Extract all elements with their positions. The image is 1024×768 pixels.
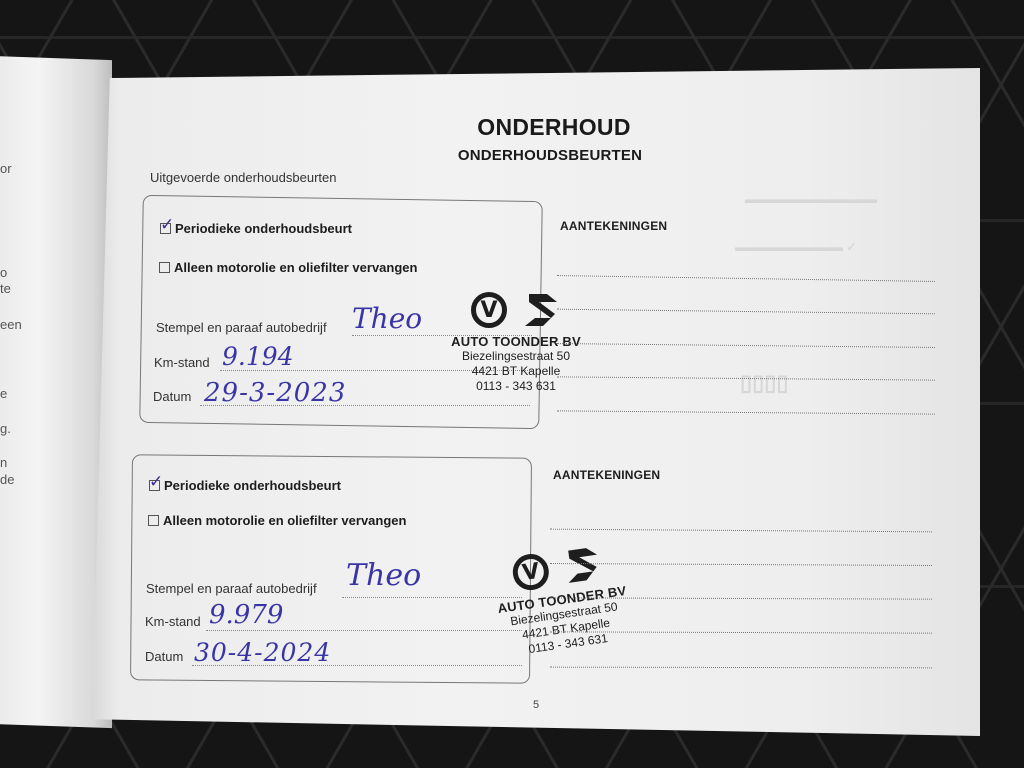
left-page-text: g. <box>0 422 11 435</box>
suzuki-logo-icon <box>521 290 561 330</box>
option-periodic-service[interactable]: ✓Periodieke onderhoudsbeurt <box>149 478 341 493</box>
checkbox-checked[interactable]: ✓ <box>160 223 171 234</box>
checkbox-checked[interactable]: ✓ <box>149 480 160 491</box>
km-value: 9.979 <box>209 600 283 630</box>
km-value: 9.194 <box>222 342 294 371</box>
checkmark-icon: ✓ <box>160 215 174 235</box>
v-logo-icon: V <box>471 292 507 328</box>
notes-title: AANTEKENINGEN <box>560 219 667 233</box>
signature: Theo <box>352 302 422 335</box>
left-page-text: n <box>0 456 7 469</box>
option-oil-only[interactable]: Alleen motorolie en oliefilter vervangen <box>159 260 417 275</box>
date-value: 30-4-2024 <box>194 638 331 667</box>
date-value: 29-3-2023 <box>204 378 346 408</box>
stamp-label: Stempel en paraaf autobedrijf <box>156 320 327 335</box>
option-oil-only[interactable]: Alleen motorolie en oliefilter vervangen <box>148 513 406 528</box>
option-label: Periodieke onderhoudsbeurt <box>164 478 341 493</box>
show-through-text: ▬▬▬▬▬▬▬▬▬▬▬ <box>745 192 877 206</box>
left-page-text: een <box>0 318 22 331</box>
left-page-text: de <box>0 473 14 486</box>
date-label: Datum <box>145 649 183 664</box>
dealer-stamp: V AUTO TOONDER BV Biezelingsestraat 50 4… <box>485 539 638 661</box>
dealer-stamp: V AUTO TOONDER BV Biezelingsestraat 50 4… <box>446 290 586 394</box>
section-label: Uitgevoerde onderhoudsbeurten <box>150 170 336 185</box>
show-through-text: ▯▯▯▯ <box>740 370 788 396</box>
notes-title: AANTEKENINGEN <box>553 468 660 482</box>
show-through-text: ▬▬▬▬▬▬▬▬▬ ✓ <box>735 240 856 254</box>
v-logo-icon: V <box>510 552 551 593</box>
option-label: Alleen motorolie en oliefilter vervangen <box>163 513 406 528</box>
left-page-text: o <box>0 266 7 279</box>
dealer-street: Biezelingsestraat 50 <box>446 349 586 364</box>
option-label: Periodieke onderhoudsbeurt <box>175 221 352 236</box>
dealer-name: AUTO TOONDER BV <box>446 334 586 349</box>
page-title: ONDERHOUD <box>469 114 639 141</box>
suzuki-logo-icon <box>560 542 605 587</box>
dealer-phone: 0113 - 343 631 <box>446 379 586 394</box>
left-page-text: te <box>0 282 11 295</box>
km-line <box>206 630 522 631</box>
km-label: Km-stand <box>154 355 210 370</box>
checkbox-empty[interactable] <box>159 262 170 273</box>
signature: Theo <box>346 558 421 593</box>
option-label: Alleen motorolie en oliefilter vervangen <box>174 260 417 275</box>
option-periodic-service[interactable]: ✓Periodieke onderhoudsbeurt <box>160 221 352 236</box>
km-label: Km-stand <box>145 614 201 629</box>
stamp-label: Stempel en paraaf autobedrijf <box>146 581 317 596</box>
left-page-text: e <box>0 387 7 400</box>
left-page-text: or <box>0 162 12 175</box>
page-subtitle: ONDERHOUDSBEURTEN <box>440 147 660 164</box>
page-number: 5 <box>533 699 539 711</box>
date-label: Datum <box>153 389 191 404</box>
checkmark-icon: ✓ <box>149 472 163 492</box>
checkbox-empty[interactable] <box>148 515 159 526</box>
